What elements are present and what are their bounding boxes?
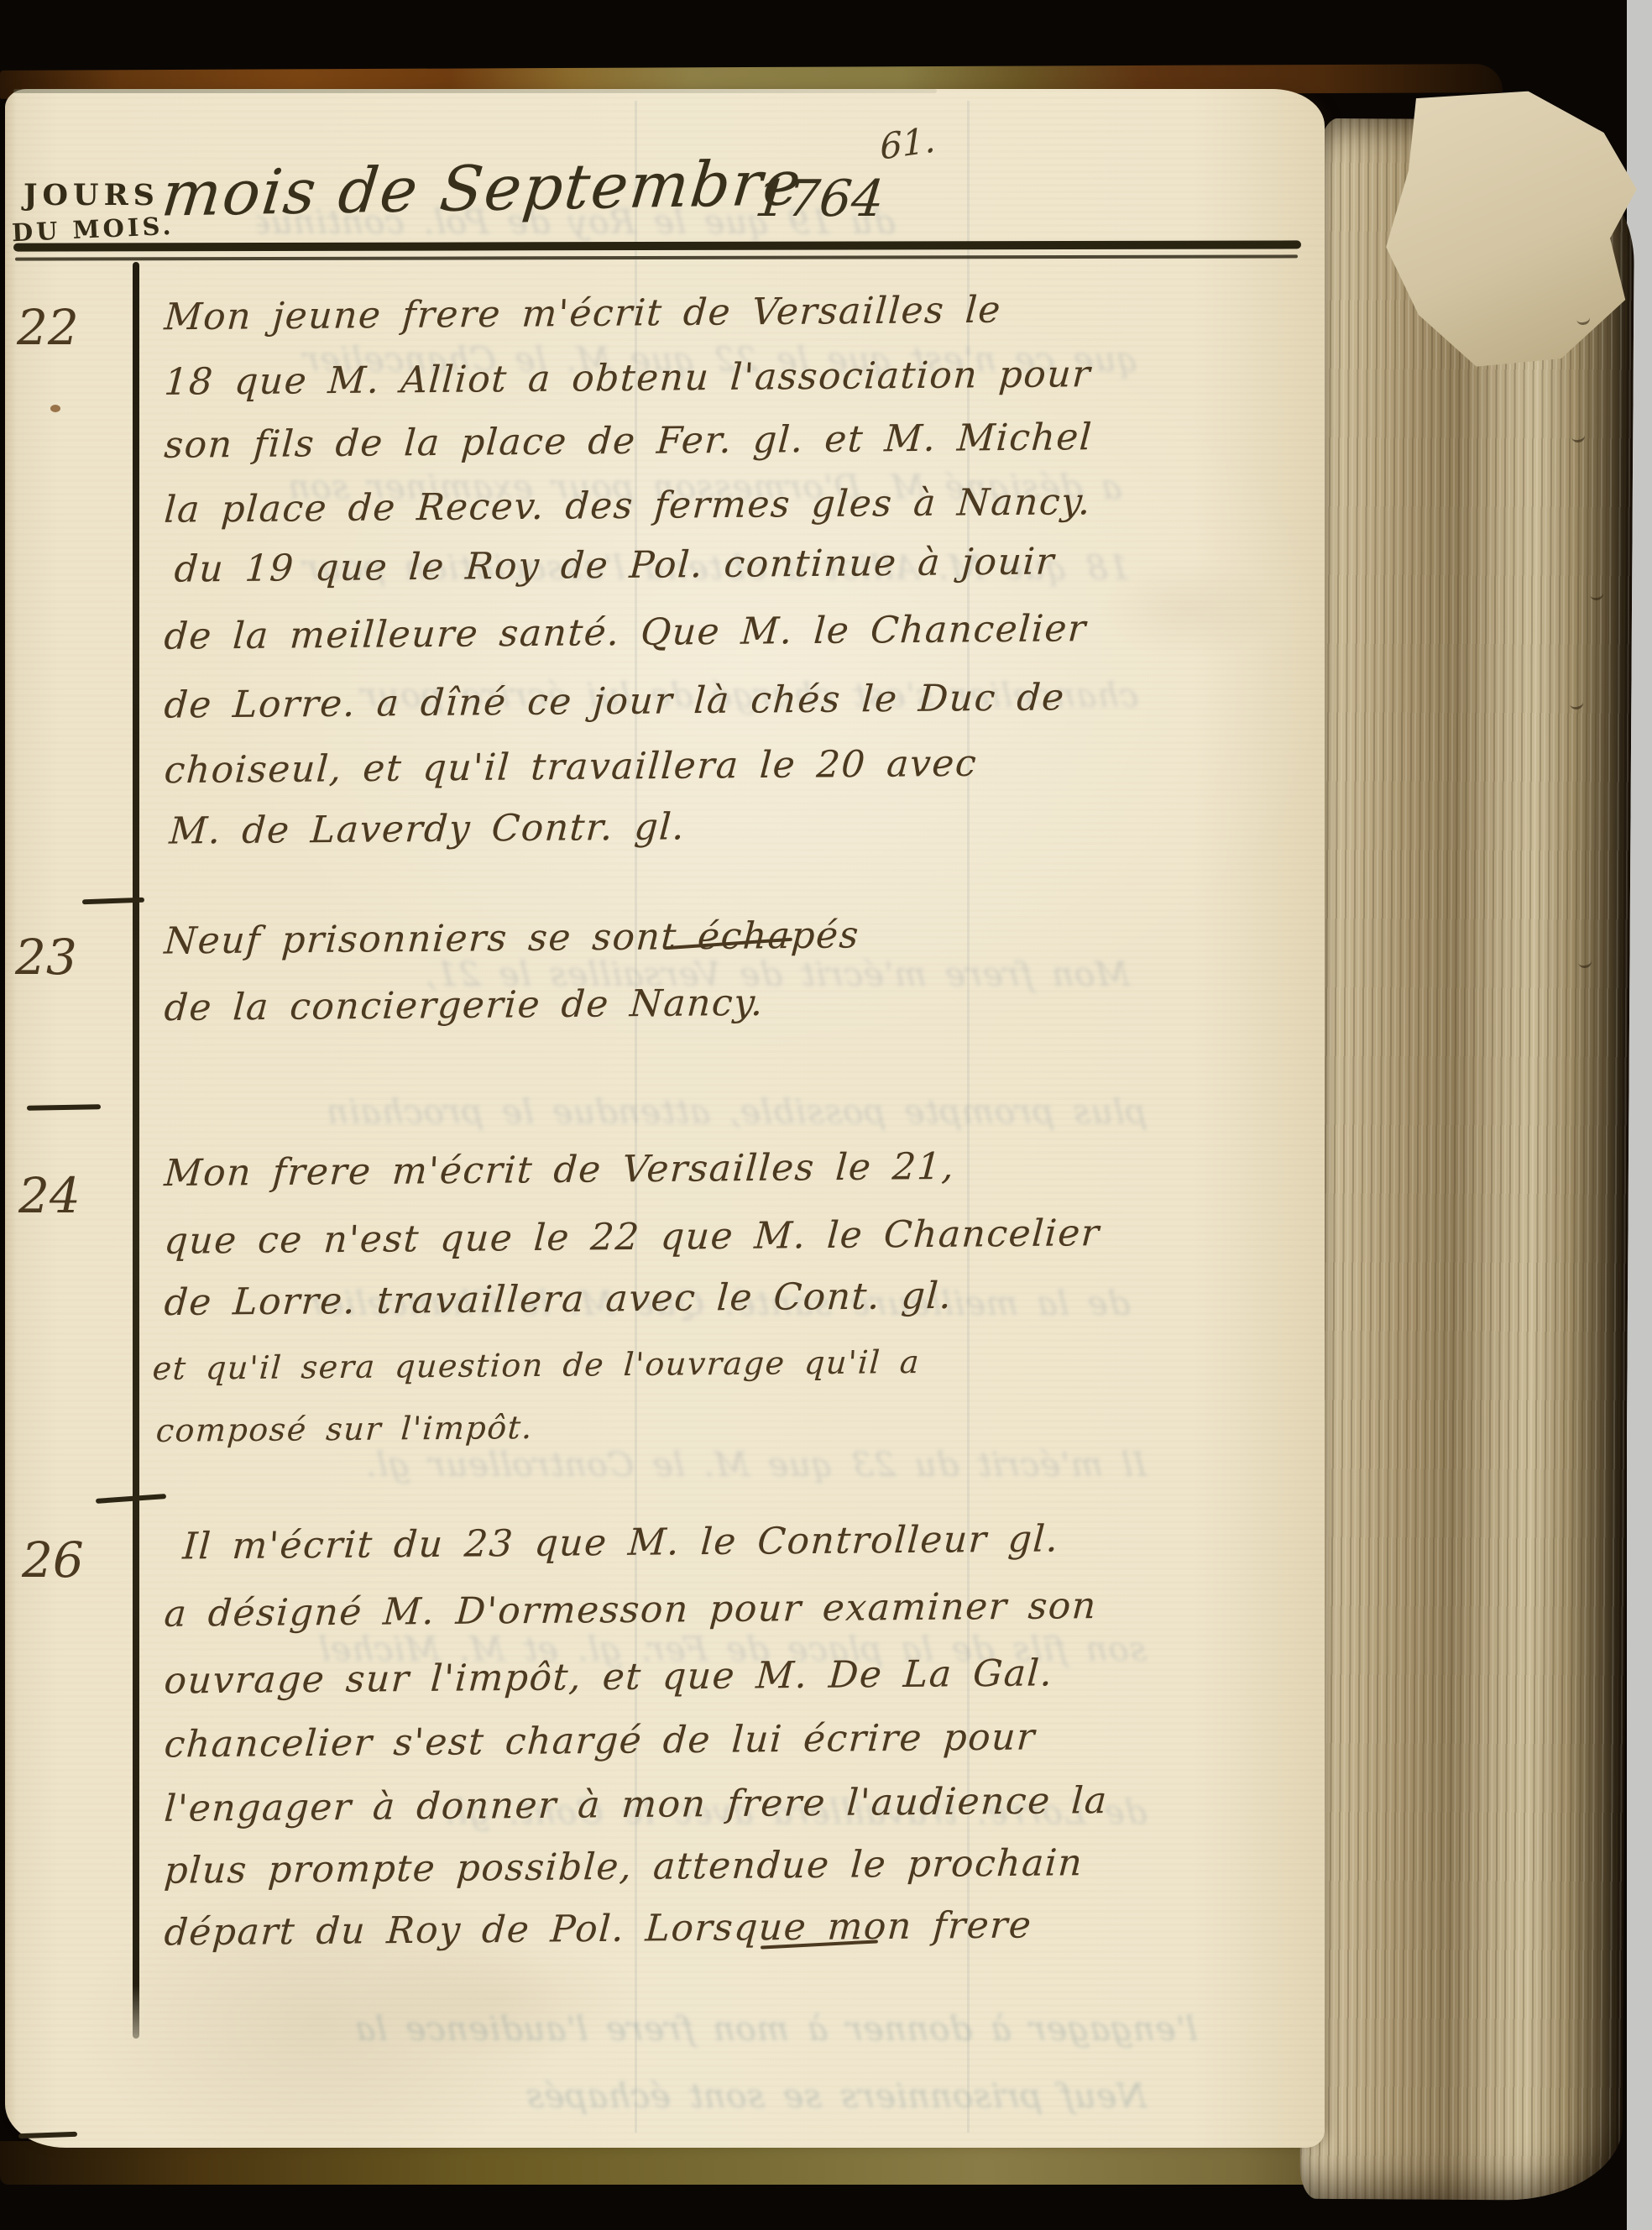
entry-24-line-3: de Lorre. travaillera avec le Cont. gl. bbox=[163, 1275, 954, 1324]
entry-24-line-2: que ce n'est que le 22 que M. le Chancel… bbox=[163, 1212, 1101, 1263]
age-stain bbox=[358, 1936, 643, 2062]
scanned-manuscript-view: du 19 que le Roy de Pol. continue à joui… bbox=[0, 0, 1652, 2230]
header-rule-thick bbox=[13, 240, 1301, 251]
entry-26-line-5: l'engager à donner à mon frere l'audienc… bbox=[163, 1779, 1109, 1830]
day-number-24: 24 bbox=[18, 1167, 119, 1224]
day-column-rule bbox=[133, 262, 139, 2039]
header-rule-thin bbox=[15, 254, 1298, 260]
entry-26-line-2: a désigné M. D'ormesson pour examiner so… bbox=[163, 1584, 1098, 1636]
entry-divider-tick bbox=[96, 1494, 166, 1504]
page-stack-fore-edge bbox=[1299, 118, 1634, 2201]
year-script: 1764 bbox=[752, 170, 886, 228]
page-number: 61. bbox=[879, 118, 936, 168]
entry-22-line-4: la place de Recev. des fermes gles à Nan… bbox=[163, 480, 1093, 531]
entry-22-line-3: son fils de la place de Fer. gl. et M. M… bbox=[163, 416, 1094, 467]
day-number-22: 22 bbox=[17, 299, 118, 356]
day-number-26: 26 bbox=[22, 1531, 123, 1589]
manuscript-page: du 19 que le Roy de Pol. continue à joui… bbox=[5, 89, 1325, 2148]
entry-26-line-3: ouvrage sur l'impôt, et que M. De La Gal… bbox=[163, 1652, 1054, 1702]
entry-22-line-7: de Lorre. a dîné ce jour là chés le Duc … bbox=[163, 676, 1066, 726]
month-title-script: mois de Septembre bbox=[159, 147, 806, 230]
entry-24-line-1: Mon frere m'écrit de Versailles le 21, bbox=[163, 1145, 956, 1195]
entry-23-line-2: de la conciergerie de Nancy. bbox=[163, 982, 766, 1029]
printed-header-du-mois: DU MOIS. bbox=[11, 212, 175, 247]
entry-26-line-1: Il m'écrit du 23 que M. le Controlleur g… bbox=[181, 1517, 1060, 1568]
page-top-edge-shadow bbox=[13, 89, 937, 93]
entry-23-line-1: Neuf prisonniers se sont échapés bbox=[163, 913, 860, 962]
bleedthrough-ghost-line: plus prompte possible, attendue le proch… bbox=[255, 1093, 1148, 1132]
printed-header-jours: JOURS bbox=[24, 178, 159, 212]
entry-24-line-5: composé sur l'impôt. bbox=[155, 1409, 535, 1449]
entry-26-line-7: départ du Roy de Pol. Lorsque mon frere bbox=[163, 1903, 1033, 1954]
ink-speck bbox=[50, 405, 60, 412]
paper-chain-line bbox=[635, 101, 637, 2133]
entry-22-line-9: M. de Laverdy Contr. gl. bbox=[168, 805, 687, 852]
entry-divider-tick bbox=[18, 2132, 77, 2138]
entry-22-line-5: du 19 que le Roy de Pol. continue à joui… bbox=[173, 540, 1056, 590]
paper-chain-line bbox=[967, 101, 970, 2133]
entry-22-line-1: Mon jeune frere m'écrit de Versailles le bbox=[163, 289, 1002, 339]
entry-24-line-4: et qu'il sera question de l'ouvrage qu'i… bbox=[151, 1343, 921, 1387]
day-number-23: 23 bbox=[15, 929, 116, 986]
age-stain bbox=[1096, 559, 1281, 660]
entry-26-line-4: chancelier s'est chargé de lui écrire po… bbox=[163, 1715, 1037, 1766]
entry-22-line-2: 18 que M. Alliot a obtenu l'association … bbox=[163, 353, 1092, 404]
entry-26-line-6: plus prompte possible, attendue le proch… bbox=[163, 1841, 1085, 1892]
entry-22-line-6: de la meilleure santé. Que M. le Chancel… bbox=[163, 607, 1088, 658]
entry-divider-tick bbox=[27, 1104, 101, 1111]
entry-22-line-8: choiseul, et qu'il travaillera le 20 ave… bbox=[163, 742, 979, 792]
bleedthrough-ghost-line: Il m'écrit du 23 que M. le Controlleur g… bbox=[222, 1446, 1148, 1484]
bleedthrough-ghost-line: Neuf prisonniers se sont échapés bbox=[255, 2077, 1148, 2116]
